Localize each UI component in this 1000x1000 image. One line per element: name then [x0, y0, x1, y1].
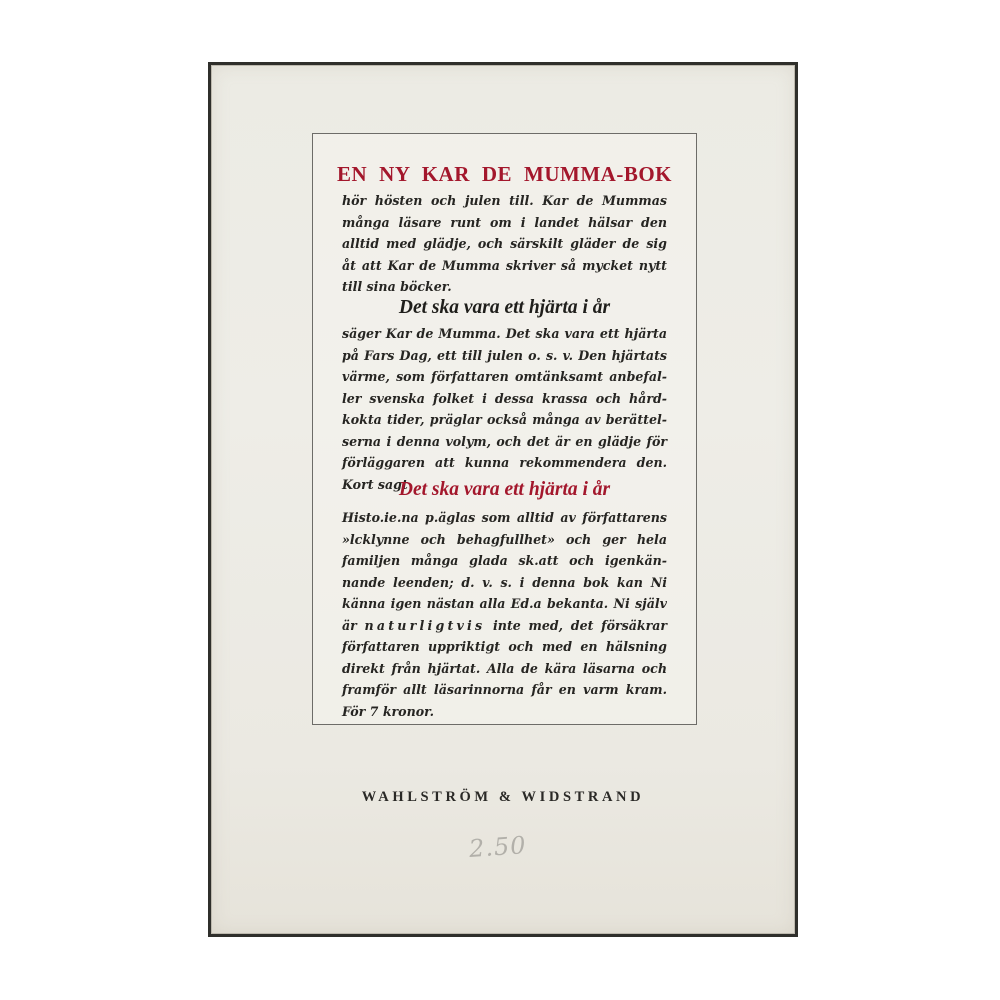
- paragraph1-line: hör hösten och julen till. Kar de Mummas: [342, 193, 667, 209]
- paragraph1-line: till sina böcker.: [342, 279, 667, 295]
- paragraph3-line: Histo.ie.na p.äglas som alltid av förfat…: [342, 510, 667, 526]
- blurb-title: EN NY KAR DE MUMMA-BOK: [337, 162, 672, 187]
- paragraph1-line: många läsare runt om i landet hälsar den: [342, 215, 667, 231]
- paragraph2-line: kokta tider, präglar också många av berä…: [342, 412, 667, 428]
- paragraph2-line: värme, som författaren omtänksamt anbefa…: [342, 369, 667, 385]
- paragraph3-line: »lcklynne och behagfullhet» och ger hela: [342, 532, 667, 548]
- paragraph2-line: på Fars Dag, ett till julen o. s. v. Den…: [342, 348, 667, 364]
- book-back-cover: EN NY KAR DE MUMMA-BOK hör hösten och ju…: [208, 62, 798, 937]
- paragraph2-line: säger Kar de Mumma. Det ska vara ett hjä…: [342, 326, 667, 342]
- handwritten-price: 2.50: [468, 831, 527, 863]
- spaced-emphasis-word: naturligtvis: [365, 618, 486, 633]
- heading-heart-red: Det ska vara ett hjärta i år: [313, 479, 696, 501]
- spaced-line-prefix: är: [342, 618, 357, 633]
- publisher-name: WAHLSTRÖM & WIDSTRAND: [211, 789, 795, 806]
- paragraph3-spaced-line: är naturligtvis inte med, det försäkrar: [342, 618, 667, 634]
- paragraph2-line: förläggaren att kunna rekommendera den.: [342, 455, 667, 471]
- paragraph3-line: känna igen nästan alla Ed.a bekanta. Ni …: [342, 596, 667, 612]
- paragraph3-line: För 7 kronor.: [342, 704, 667, 720]
- paragraph3-line: nande leenden; d. v. s. i denna bok kan …: [342, 575, 667, 591]
- paragraph3-line: framför allt läsarinnorna får en varm kr…: [342, 682, 667, 698]
- paragraph2-line: serna i denna volym, och det är en glädj…: [342, 434, 667, 450]
- heading-heart-black: Det ska vara ett hjärta i år: [313, 297, 696, 319]
- paragraph2-line: ler svenska folket i dessa krassa och hå…: [342, 391, 667, 407]
- paragraph1-line: åt att Kar de Mumma skriver så mycket ny…: [342, 258, 667, 274]
- paragraph3-line: författaren uppriktigt och med en hälsni…: [342, 639, 667, 655]
- paragraph3-line: direkt från hjärtat. Alla de kära läsarn…: [342, 661, 667, 677]
- spaced-line-suffix: inte med, det försäkrar: [493, 618, 667, 633]
- blurb-frame: EN NY KAR DE MUMMA-BOK hör hösten och ju…: [312, 133, 697, 725]
- paragraph3-line: familjen många glada sk.att och igenkän-: [342, 553, 667, 569]
- paragraph1-line: alltid med glädje, och särskilt gläder d…: [342, 236, 667, 252]
